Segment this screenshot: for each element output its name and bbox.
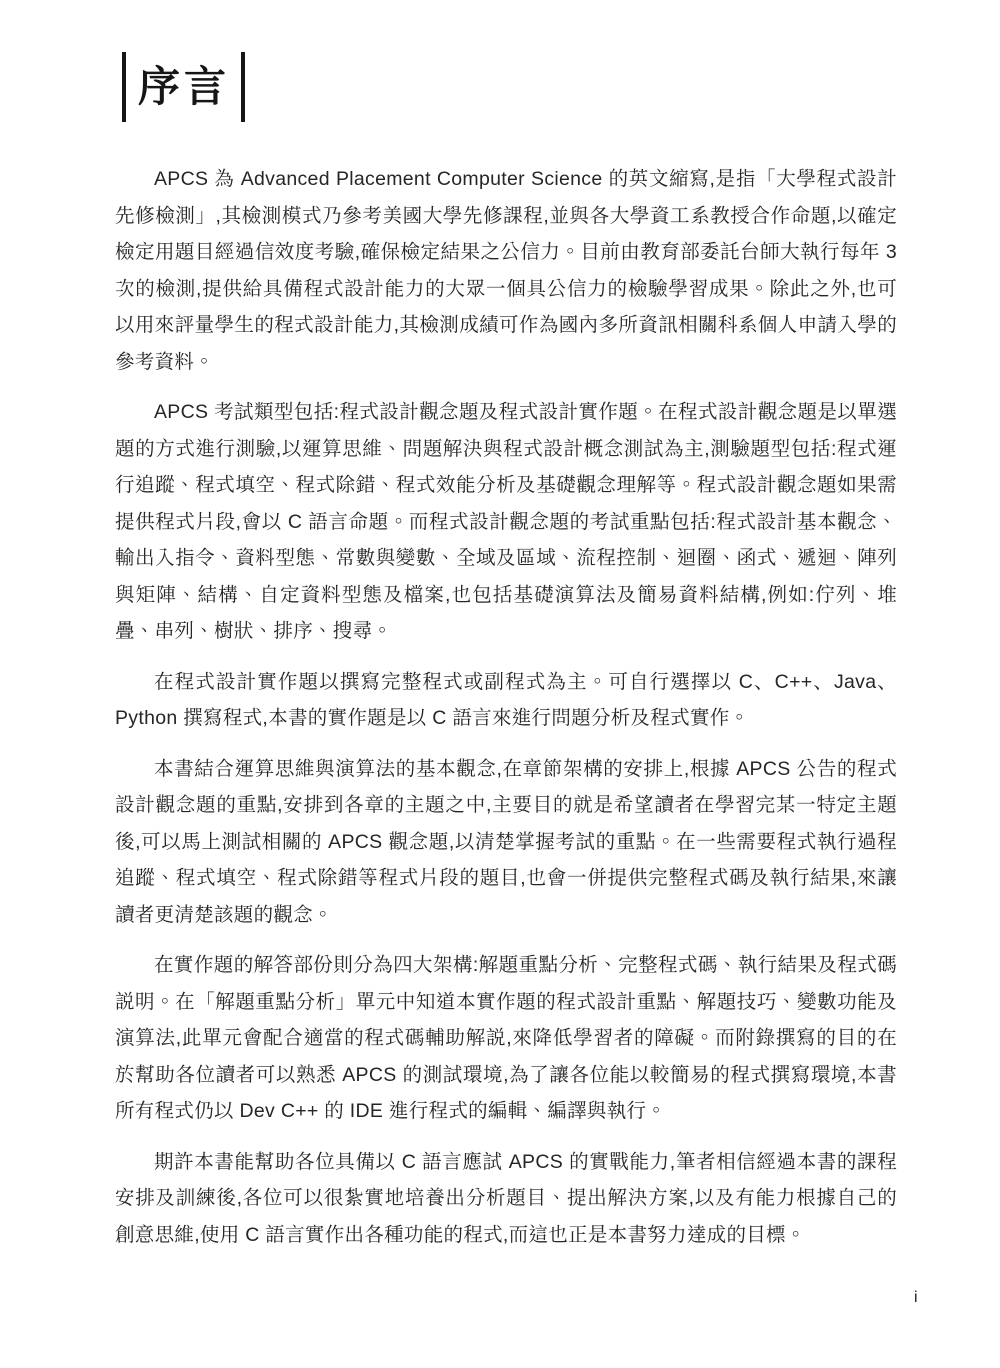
page-title-block: 序言 [122, 52, 245, 122]
preface-content: APCS 為 Advanced Placement Computer Scien… [115, 161, 897, 1253]
preface-paragraph: APCS 考試類型包括:程式設計觀念題及程式設計實作題。在程式設計觀念題是以單選… [115, 394, 897, 650]
preface-page: 序言 APCS 為 Advanced Placement Computer Sc… [0, 0, 1000, 1368]
page-number: i [914, 1290, 918, 1306]
preface-paragraph: 本書結合運算思維與演算法的基本觀念,在章節架構的安排上,根據 APCS 公告的程… [115, 751, 897, 934]
preface-paragraph: 在實作題的解答部份則分為四大架構:解題重點分析、完整程式碼、執行結果及程式碼説明… [115, 947, 897, 1130]
preface-paragraph: 在程式設計實作題以撰寫完整程式或副程式為主。可自行選擇以 C、C++、Java、… [115, 664, 897, 737]
preface-paragraph: 期許本書能幫助各位具備以 C 語言應試 APCS 的實戰能力,筆者相信經過本書的… [115, 1144, 897, 1254]
preface-paragraph: APCS 為 Advanced Placement Computer Scien… [115, 161, 897, 380]
page-title: 序言 [126, 66, 241, 108]
title-rule-right [241, 52, 245, 122]
